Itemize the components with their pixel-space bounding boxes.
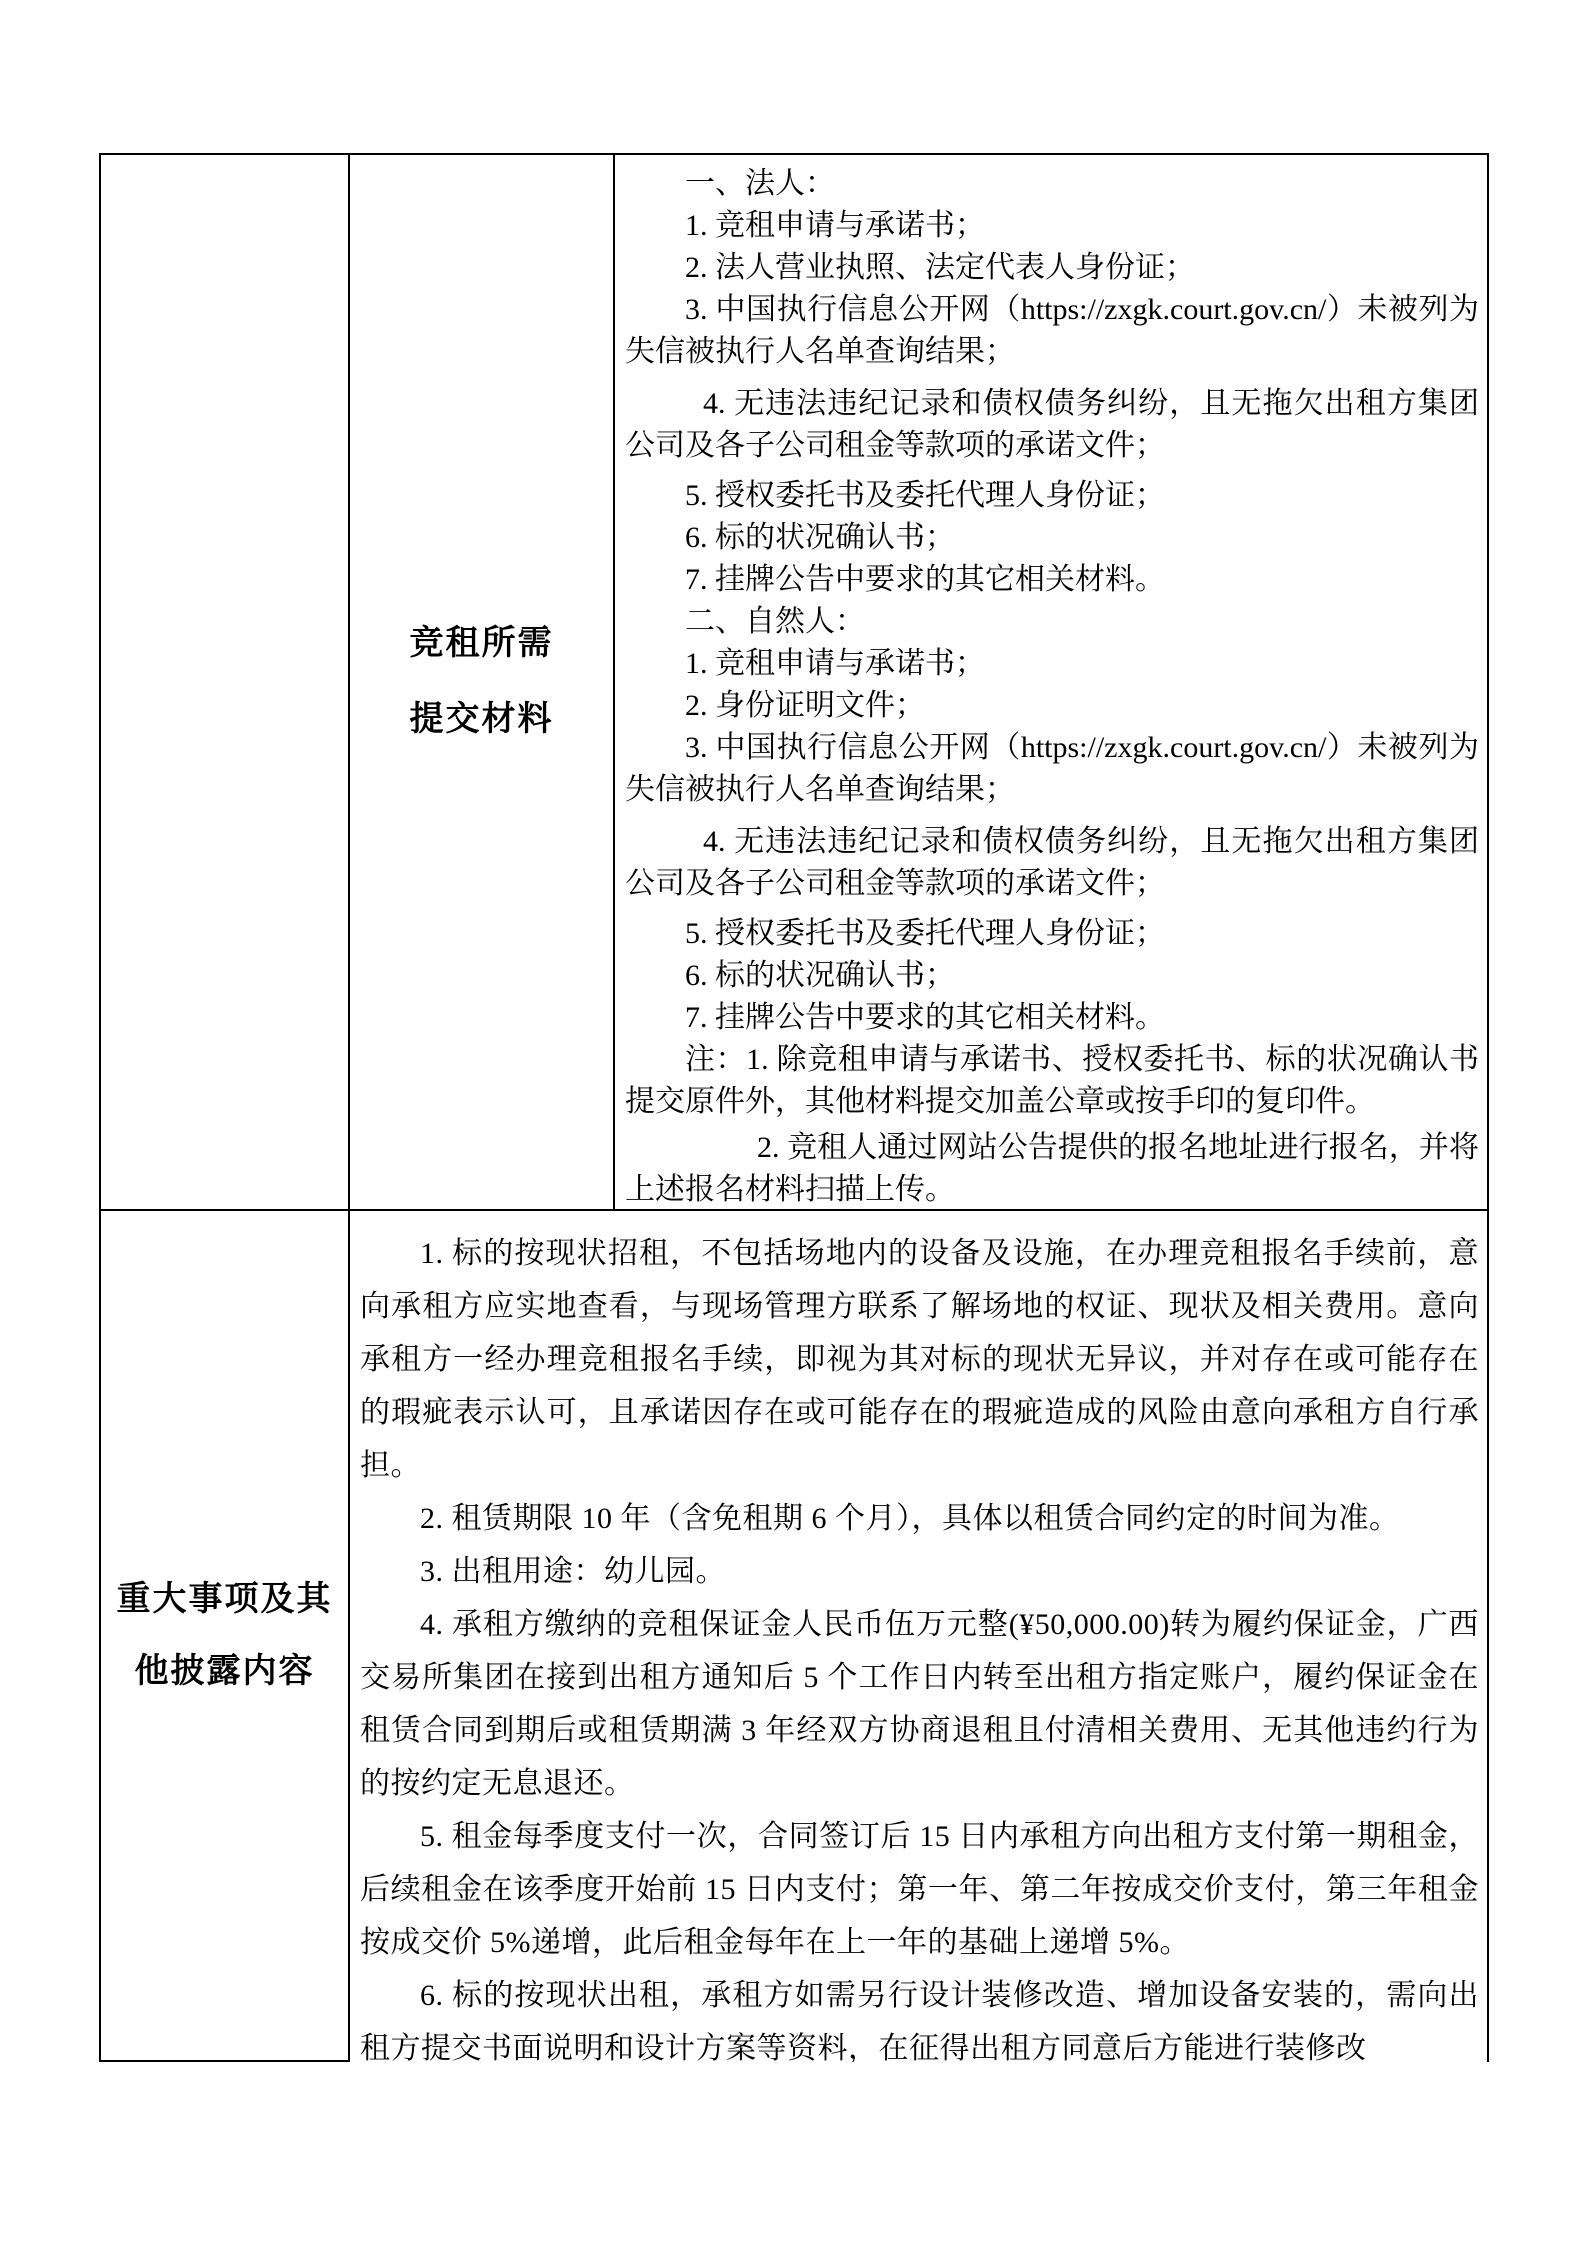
- list-item: 1. 竞租申请与承诺书；: [625, 643, 1479, 685]
- list-item: 1. 竞租申请与承诺书；: [625, 205, 1479, 247]
- disclosure-item: 3. 出租用途：幼儿园。: [360, 1545, 1479, 1598]
- list-item: 6. 标的状况确认书；: [625, 955, 1479, 997]
- row1-label-line1: 竞租所需: [410, 625, 554, 662]
- row2-label-line2: 他披露内容: [135, 1653, 315, 1690]
- list-item: 2. 身份证明文件；: [625, 685, 1479, 727]
- table-row-major-matters: 重大事项及其 他披露内容 1. 标的按现状招租，不包括场地内的设备及设施，在办理…: [99, 1211, 1489, 2062]
- row1-label: 竞租所需 提交材料: [410, 606, 554, 758]
- list-item: 5. 授权委托书及委托代理人身份证；: [625, 913, 1479, 955]
- section-heading-legal-person: 一、法人：: [625, 163, 1479, 205]
- list-item: 5. 授权委托书及委托代理人身份证；: [625, 475, 1479, 517]
- list-item: 7. 挂牌公告中要求的其它相关材料。: [625, 559, 1479, 601]
- row1-label-cell: 竞租所需 提交材料: [348, 155, 613, 1209]
- disclosure-item: 4. 承租方缴纳的竞租保证金人民币伍万元整(¥50,000.00)转为履约保证金…: [360, 1598, 1479, 1810]
- list-item: 3. 中国执行信息公开网（https://zxgk.court.gov.cn/）…: [625, 289, 1479, 373]
- table-row-submission-materials: 竞租所需 提交材料 一、法人： 1. 竞租申请与承诺书； 2. 法人营业执照、法…: [99, 153, 1489, 1211]
- disclosure-item: 5. 租金每季度支付一次，合同签订后 15 日内承租方向出租方支付第一期租金，后…: [360, 1810, 1479, 1969]
- section-heading-natural-person: 二、自然人：: [625, 601, 1479, 643]
- note-item: 2. 竞租人通过网站公告提供的报名地址进行报名，并将上述报名材料扫描上传。: [625, 1127, 1479, 1209]
- row2-label-cell: 重大事项及其 他披露内容: [99, 1211, 348, 2062]
- list-item: 3. 中国执行信息公开网（https://zxgk.court.gov.cn/）…: [625, 727, 1479, 811]
- list-item: 4. 无违法违纪记录和债权债务纠纷，且无拖欠出租方集团公司及各子公司租金等款项的…: [625, 821, 1479, 905]
- row2-label: 重大事项及其 他披露内容: [117, 1564, 333, 1708]
- list-item: 7. 挂牌公告中要求的其它相关材料。: [625, 997, 1479, 1039]
- disclosure-table: 竞租所需 提交材料 一、法人： 1. 竞租申请与承诺书； 2. 法人营业执照、法…: [99, 153, 1489, 2062]
- list-item: 4. 无违法违纪记录和债权债务纠纷，且无拖欠出租方集团公司及各子公司租金等款项的…: [625, 383, 1479, 467]
- disclosure-item: 6. 标的按现状出租，承租方如需另行设计装修改造、增加设备安装的，需向出租方提交…: [360, 1969, 1479, 2062]
- list-item: 6. 标的状况确认书；: [625, 517, 1479, 559]
- row2-label-line1: 重大事项及其: [117, 1581, 333, 1618]
- row1-label-line2: 提交材料: [410, 701, 554, 738]
- disclosure-item: 2. 租赁期限 10 年（含免租期 6 个月），具体以租赁合同约定的时间为准。: [360, 1492, 1479, 1545]
- empty-cell: [99, 155, 348, 1209]
- disclosure-item: 1. 标的按现状招租，不包括场地内的设备及设施，在办理竞租报名手续前，意向承租方…: [360, 1227, 1479, 1492]
- row1-content-cell: 一、法人： 1. 竞租申请与承诺书； 2. 法人营业执照、法定代表人身份证； 3…: [613, 155, 1489, 1209]
- note-item: 注：1. 除竞租申请与承诺书、授权委托书、标的状况确认书提交原件外，其他材料提交…: [625, 1039, 1479, 1123]
- row2-content-cell: 1. 标的按现状招租，不包括场地内的设备及设施，在办理竞租报名手续前，意向承租方…: [348, 1211, 1489, 2062]
- list-item: 2. 法人营业执照、法定代表人身份证；: [625, 247, 1479, 289]
